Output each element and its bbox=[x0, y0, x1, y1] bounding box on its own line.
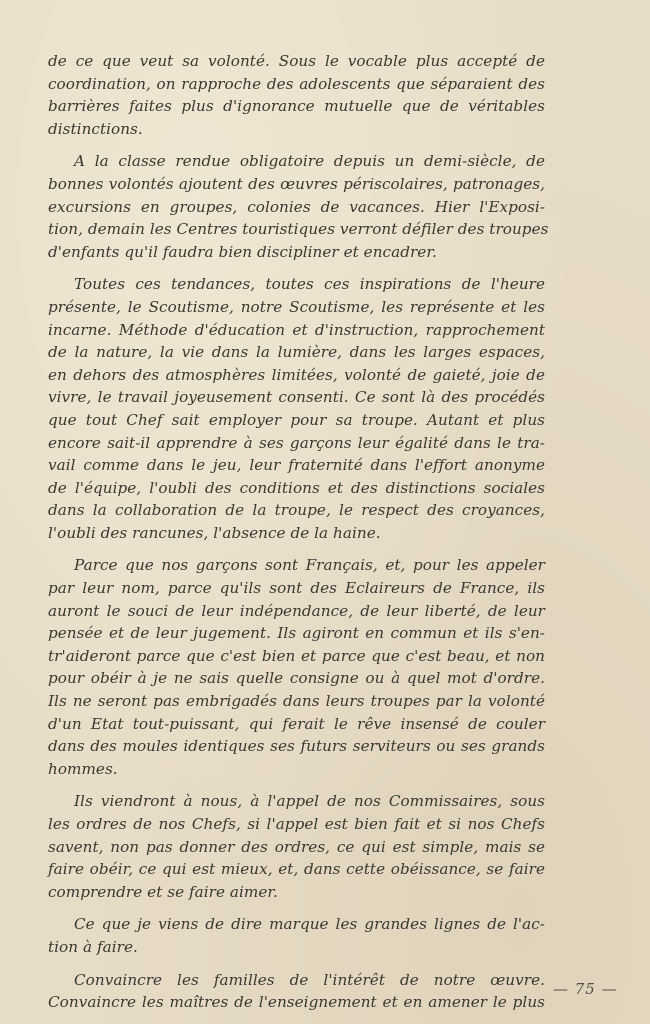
text-line: encore sait-il apprendre à ses garçons l… bbox=[48, 432, 545, 455]
text-line: barrières faites plus d'ignorance mutuel… bbox=[48, 95, 545, 118]
paragraph: Toutes ces tendances, toutes ces inspira… bbox=[48, 273, 545, 544]
paragraph: de ce que veut sa volonté. Sous le vocab… bbox=[48, 50, 545, 140]
text-line: hommes. bbox=[48, 758, 545, 781]
text-line: Convaincre les familles de l'intérêt de … bbox=[48, 969, 545, 992]
paragraph: Ils viendront à nous, à l'appel de nos C… bbox=[48, 790, 545, 903]
text-line: Parce que nos garçons sont Français, et,… bbox=[48, 554, 545, 577]
text-line: dans la collaboration de la troupe, le r… bbox=[48, 499, 545, 522]
text-line: de ce que veut sa volonté. Sous le vocab… bbox=[48, 50, 545, 73]
text-line: auront le souci de leur indépendance, de… bbox=[48, 600, 545, 623]
text-line: Toutes ces tendances, toutes ces inspira… bbox=[48, 273, 545, 296]
text-line: excursions en groupes, colonies de vacan… bbox=[48, 196, 545, 219]
text-line: distinctions. bbox=[48, 118, 545, 141]
page-body: de ce que veut sa volonté. Sous le vocab… bbox=[48, 50, 545, 1024]
text-line: Convaincre les maîtres de l'enseignement… bbox=[48, 991, 545, 1014]
paragraph: Convaincre les familles de l'intérêt de … bbox=[48, 969, 545, 1014]
text-line: l'oubli des rancunes, l'absence de la ha… bbox=[48, 522, 545, 545]
text-line: Ils viendront à nous, à l'appel de nos C… bbox=[48, 790, 545, 813]
text-line: en dehors des atmosphères limitées, volo… bbox=[48, 364, 545, 387]
paragraph: Ce que je viens de dire marque les grand… bbox=[48, 913, 545, 958]
text-line: bonnes volontés ajoutent des œuvres péri… bbox=[48, 173, 545, 196]
text-line: savent, non pas donner des ordres, ce qu… bbox=[48, 836, 545, 859]
paragraph: Parce que nos garçons sont Français, et,… bbox=[48, 554, 545, 780]
text-line: tr'aideront parce que c'est bien et parc… bbox=[48, 645, 545, 668]
text-line: présente, le Scoutisme, notre Scoutisme,… bbox=[48, 296, 545, 319]
text-line: que tout Chef sait employer pour sa trou… bbox=[48, 409, 545, 432]
text-line: pour obéir à je ne sais quelle consigne … bbox=[48, 667, 545, 690]
text-line: A la classe rendue obligatoire depuis un… bbox=[48, 150, 545, 173]
text-line: tion, demain les Centres touristiques ve… bbox=[48, 218, 545, 241]
text-line: par leur nom, parce qu'ils sont des Ecla… bbox=[48, 577, 545, 600]
paragraph: A la classe rendue obligatoire depuis un… bbox=[48, 150, 545, 263]
text-line: incarne. Méthode d'éducation et d'instru… bbox=[48, 319, 545, 342]
text-line: Ils ne seront pas embrigadés dans leurs … bbox=[48, 690, 545, 713]
text-line: vivre, le travail joyeusement consenti. … bbox=[48, 386, 545, 409]
page-number: — 75 — bbox=[553, 980, 618, 998]
text-line: coordination, on rapproche des adolescen… bbox=[48, 73, 545, 96]
text-line: comprendre et se faire aimer. bbox=[48, 881, 545, 904]
text-line: d'enfants qu'il faudra bien discipliner … bbox=[48, 241, 545, 264]
text-line: Ce que je viens de dire marque les grand… bbox=[48, 913, 545, 936]
text-line: vail comme dans le jeu, leur fraternité … bbox=[48, 454, 545, 477]
text-line: tion à faire. bbox=[48, 936, 545, 959]
text-line: pensée et de leur jugement. Ils agiront … bbox=[48, 622, 545, 645]
text-line: d'un Etat tout-puissant, qui ferait le r… bbox=[48, 713, 545, 736]
text-line: de la nature, la vie dans la lumière, da… bbox=[48, 341, 545, 364]
text-line: de l'équipe, l'oubli des conditions et d… bbox=[48, 477, 545, 500]
text-line: les ordres de nos Chefs, si l'appel est … bbox=[48, 813, 545, 836]
text-line: faire obéir, ce qui est mieux, et, dans … bbox=[48, 858, 545, 881]
text-line: dans des moules identiques ses futurs se… bbox=[48, 735, 545, 758]
